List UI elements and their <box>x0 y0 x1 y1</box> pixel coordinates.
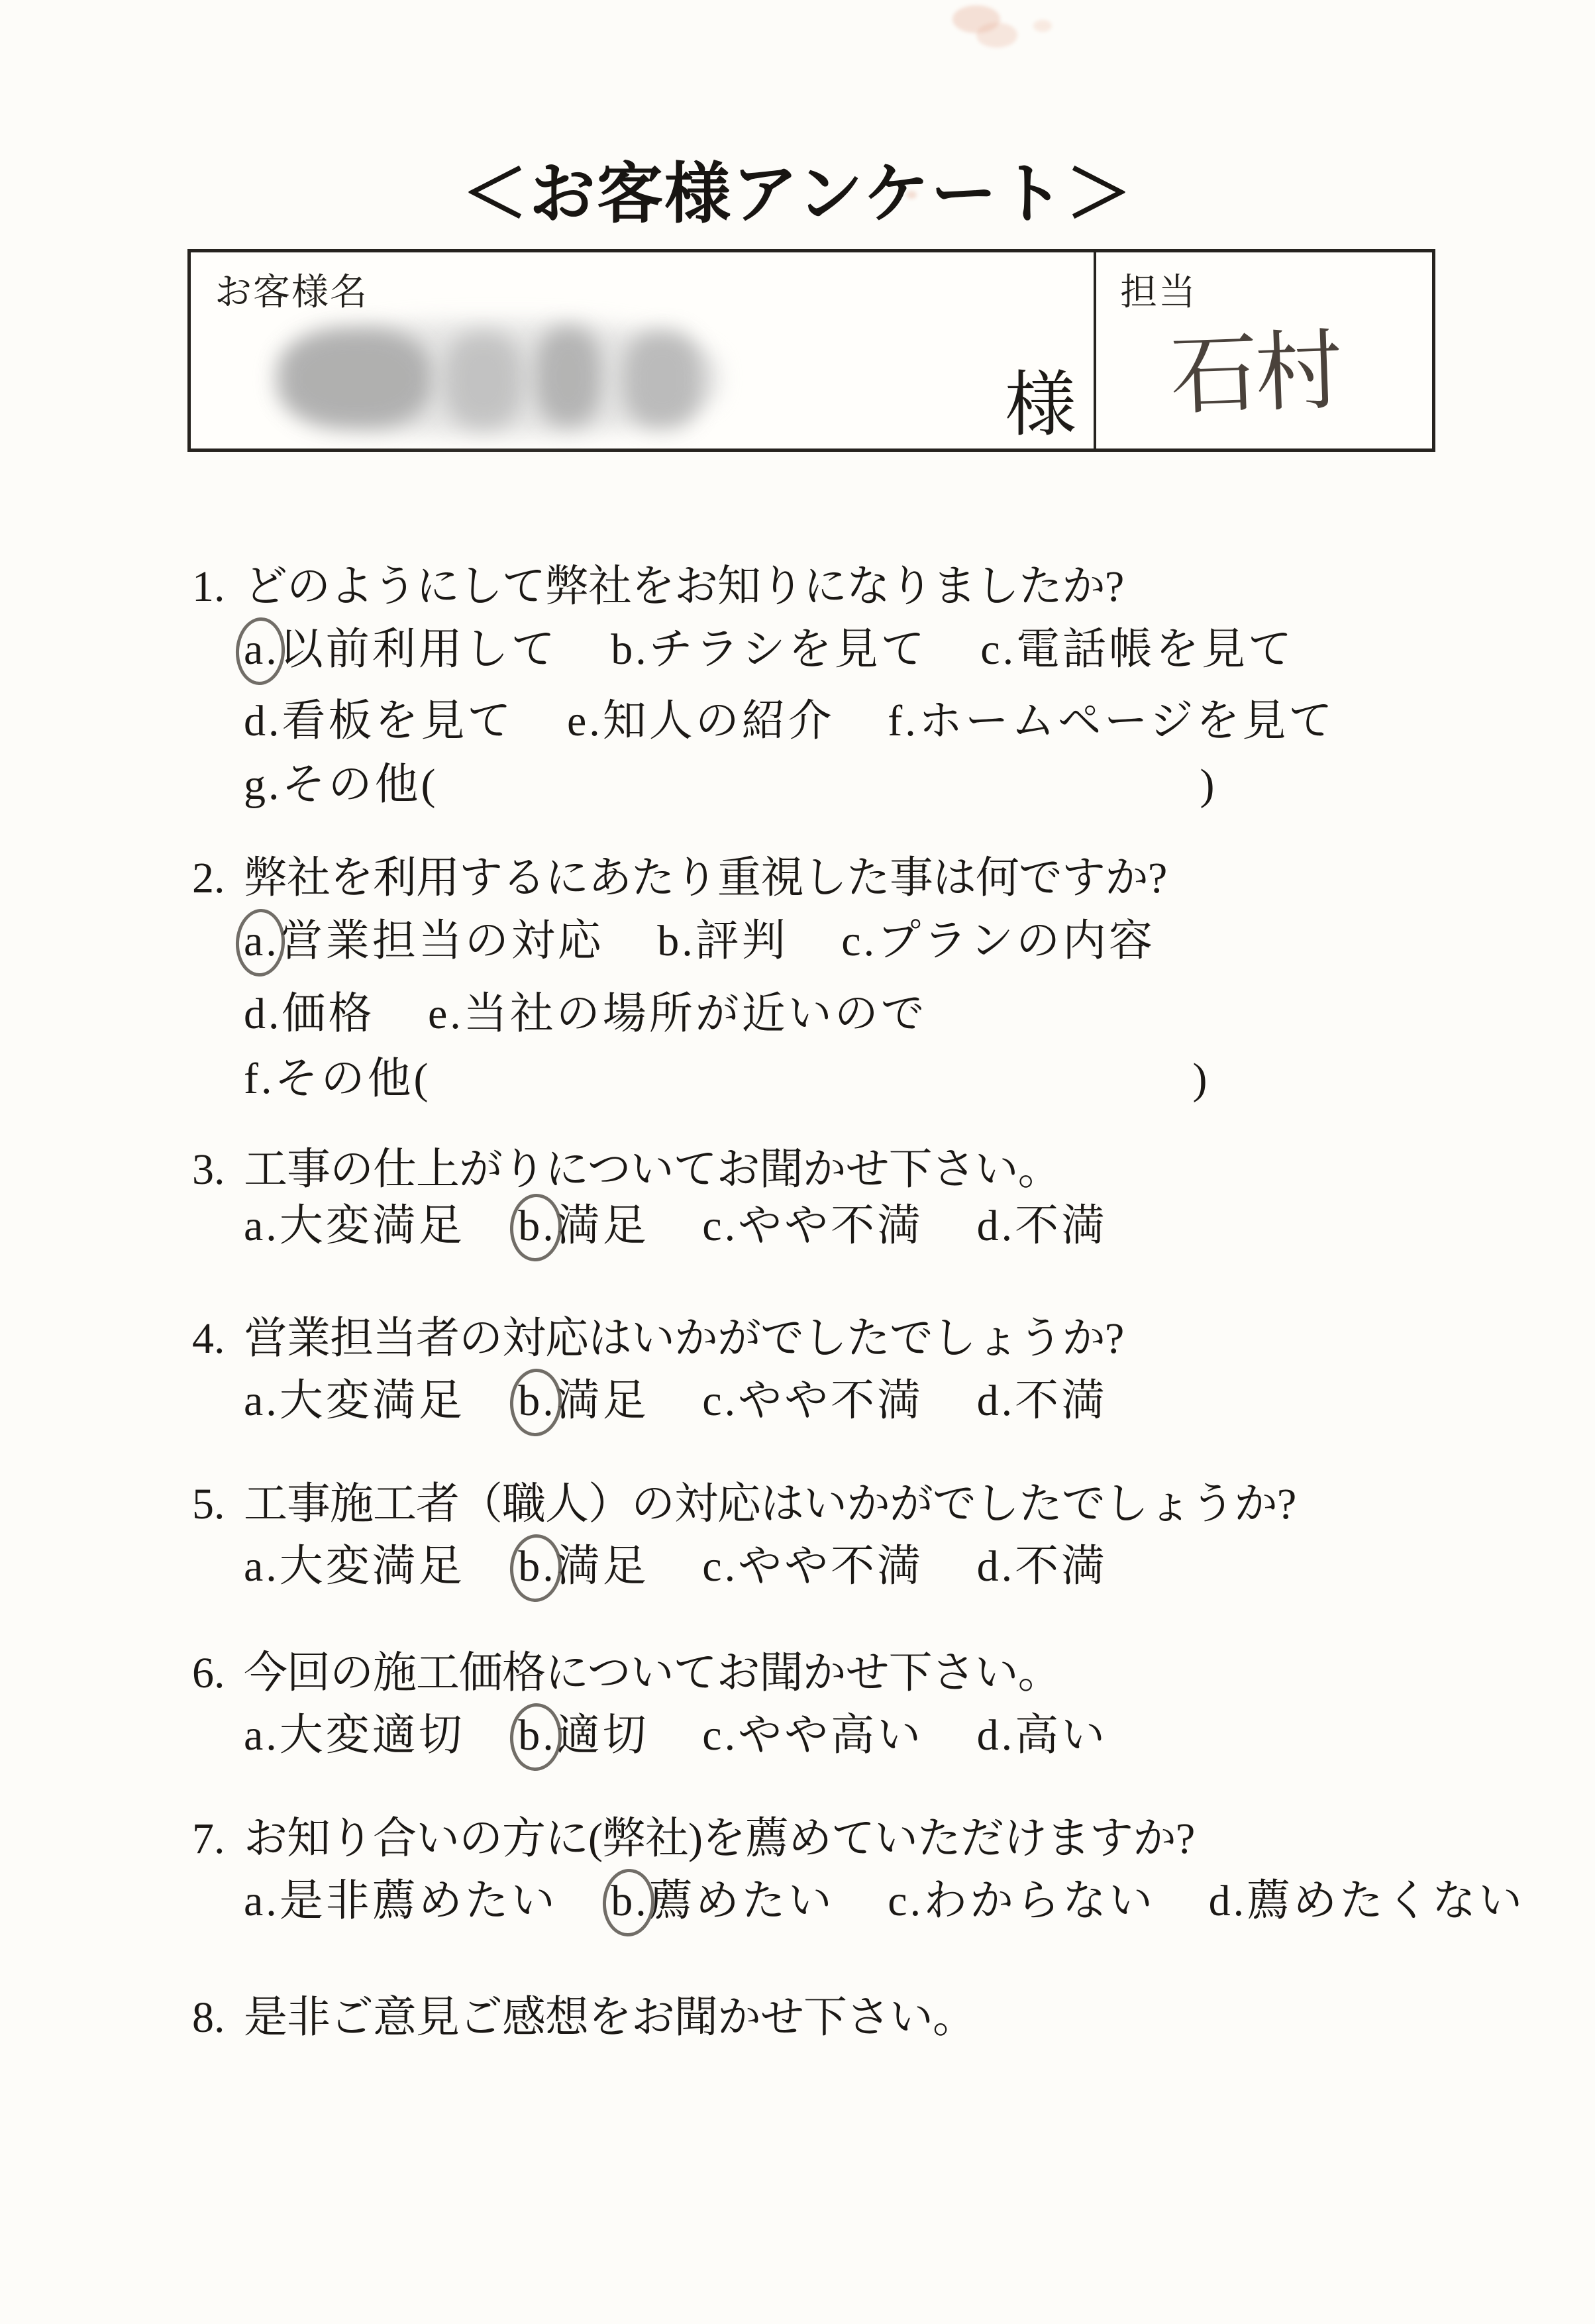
option-2a-letter: a. <box>244 920 280 963</box>
redacted-customer-name <box>535 327 601 426</box>
question-5: 5.工事施工者（職人）の対応はいかがでしたでしょうか? <box>192 1483 1296 1526</box>
question-7-options: a.是非薦めたい b.薦めたい c.わからない d.薦めたくない <box>244 1879 1525 1923</box>
option-6c-label: やや高い <box>738 1711 923 1760</box>
option-4a-label: 大変満足 <box>280 1377 465 1425</box>
option-4c-label: やや不満 <box>738 1377 923 1425</box>
option-2e: e.当社の場所が近いので <box>428 990 927 1038</box>
option-3c-label: やや不満 <box>738 1202 923 1250</box>
question-7-number: 7. <box>192 1817 244 1861</box>
redacted-customer-name <box>444 332 523 429</box>
question-2-options-line-2: d.価格 e.当社の場所が近いので <box>244 992 927 1036</box>
customer-honorific: 様 <box>1005 369 1076 441</box>
option-2f-label: その他( <box>274 1055 431 1103</box>
option-1d: d.看板を見て <box>244 697 514 745</box>
option-5c: c.やや不満 <box>702 1542 923 1591</box>
question-1-options-line-2: d.看板を見て e.知人の紹介 f.ホームページを見て <box>244 700 1335 743</box>
option-1a-letter: a. <box>244 628 280 672</box>
option-2c: c.プランの内容 <box>841 917 1155 965</box>
question-2-text: 弊社を利用するにあたり重視した事は何ですか? <box>244 854 1166 902</box>
option-6b-label: 適切 <box>556 1711 649 1760</box>
page-title: ＜お客様アンケート＞ <box>462 140 1133 236</box>
option-4a: a.大変満足 <box>244 1377 465 1425</box>
option-2c-label: プランの内容 <box>877 917 1155 965</box>
staff-cell: 担当 石村 <box>1096 252 1432 449</box>
option-2b-label: 評判 <box>695 917 788 965</box>
option-4b-label: 満足 <box>556 1377 649 1425</box>
option-7d-label: 薦めたくない <box>1247 1877 1525 1925</box>
option-1a-label: 以前利用して <box>280 625 558 674</box>
option-2a: a.営業担当の対応 <box>244 917 604 965</box>
option-5b: b.満足 <box>518 1542 649 1591</box>
question-5-text: 工事施工者（職人）の対応はいかがでしたでしょうか? <box>244 1480 1296 1528</box>
option-3a-label: 大変満足 <box>280 1202 465 1250</box>
option-5d-label: 不満 <box>1015 1542 1107 1591</box>
question-3-options: a.大変満足 b.満足 c.やや不満 d.不満 <box>244 1204 1107 1248</box>
question-3-number: 3. <box>192 1148 244 1192</box>
option-3a: a.大変満足 <box>244 1202 465 1250</box>
question-1-options-line-3: g.その他() <box>244 763 1217 807</box>
option-1b: b.チラシを見て <box>611 625 927 674</box>
option-3b: b.満足 <box>518 1202 649 1250</box>
option-1f: f.ホームページを見て <box>888 697 1335 745</box>
option-1b-letter: b. <box>611 628 649 672</box>
option-7d: d.薦めたくない <box>1209 1877 1525 1925</box>
option-3c-letter: c. <box>702 1204 738 1248</box>
option-5b-label: 満足 <box>556 1542 649 1591</box>
question-4: 4.営業担当者の対応はいかがでしたでしょうか? <box>192 1317 1123 1361</box>
option-6a: a.大変適切 <box>244 1711 465 1760</box>
option-2f-letter: f. <box>244 1057 274 1101</box>
option-5c-letter: c. <box>702 1545 738 1589</box>
option-1g-label: その他( <box>282 761 438 809</box>
question-3: 3.工事の仕上がりについてお聞かせ下さい。 <box>192 1148 1061 1192</box>
option-3d: d.不満 <box>977 1202 1108 1250</box>
question-1-options-line-1: a.以前利用して b.チラシを見て c.電話帳を見て <box>244 628 1294 672</box>
option-1e: e.知人の紹介 <box>567 697 835 745</box>
question-7-text: お知り合いの方に(弊社)を薦めていただけますか? <box>244 1815 1194 1863</box>
option-4a-letter: a. <box>244 1379 280 1423</box>
option-5a-label: 大変満足 <box>280 1542 465 1591</box>
customer-name-cell: お客様名 様 <box>191 252 1096 449</box>
option-4d-label: 不満 <box>1015 1377 1107 1425</box>
question-7: 7.お知り合いの方に(弊社)を薦めていただけますか? <box>192 1817 1194 1861</box>
option-3d-label: 不満 <box>1015 1202 1107 1250</box>
question-1: 1.どのようにして弊社をお知りになりましたか? <box>192 565 1123 609</box>
question-1-text: どのようにして弊社をお知りになりましたか? <box>244 562 1123 611</box>
scan-artifact <box>906 191 917 199</box>
question-2-number: 2. <box>192 857 244 900</box>
option-2e-label: 当社の場所が近いので <box>464 990 927 1038</box>
option-4d: d.不満 <box>977 1377 1108 1425</box>
option-1e-label: 知人の紹介 <box>603 697 835 745</box>
option-5c-label: やや不満 <box>738 1542 923 1591</box>
option-5d-letter: d. <box>977 1545 1015 1589</box>
staff-label: 担当 <box>1120 263 1197 316</box>
option-7d-letter: d. <box>1209 1879 1247 1923</box>
option-1a: a.以前利用して <box>244 625 558 674</box>
option-2d-letter: d. <box>244 992 282 1036</box>
option-3b-label: 満足 <box>556 1202 649 1250</box>
option-2f: f.その他() <box>244 1055 1209 1103</box>
option-7b: b.薦めたい <box>611 1877 835 1925</box>
question-3-text: 工事の仕上がりについてお聞かせ下さい。 <box>244 1145 1061 1194</box>
option-4c-letter: c. <box>702 1379 738 1423</box>
option-3b-letter: b. <box>518 1204 556 1248</box>
question-5-number: 5. <box>192 1483 244 1526</box>
option-5b-letter: b. <box>518 1545 556 1589</box>
option-2b-letter: b. <box>657 920 695 963</box>
question-6-text: 今回の施工価格についてお聞かせ下さい。 <box>244 1649 1061 1697</box>
question-2-options-line-1: a.営業担当の対応 b.評判 c.プランの内容 <box>244 920 1155 963</box>
option-1d-label: 看板を見て <box>282 697 514 745</box>
option-7a-label: 是非薦めたい <box>280 1877 558 1925</box>
option-5a: a.大変満足 <box>244 1542 465 1591</box>
option-4b: b.満足 <box>518 1377 649 1425</box>
option-6c: c.やや高い <box>702 1711 923 1760</box>
option-2b: b.評判 <box>657 917 788 965</box>
option-3a-letter: a. <box>244 1204 280 1248</box>
option-2d-label: 価格 <box>282 990 375 1038</box>
option-7c: c.わからない <box>888 1877 1155 1925</box>
option-1d-letter: d. <box>244 700 282 743</box>
question-6: 6.今回の施工価格についてお聞かせ下さい。 <box>192 1652 1061 1695</box>
question-4-text: 営業担当者の対応はいかがでしたでしょうか? <box>244 1314 1123 1363</box>
scan-artifact <box>1033 20 1052 32</box>
option-5a-letter: a. <box>244 1545 280 1589</box>
question-5-options: a.大変満足 b.満足 c.やや不満 d.不満 <box>244 1545 1107 1589</box>
option-7b-label: 薦めたい <box>649 1877 835 1925</box>
question-8: 8.是非ご意見ご感想をお聞かせ下さい。 <box>192 1996 976 2040</box>
question-2: 2.弊社を利用するにあたり重視した事は何ですか? <box>192 857 1166 900</box>
option-7a: a.是非薦めたい <box>244 1877 558 1925</box>
option-6a-letter: a. <box>244 1714 280 1758</box>
question-8-number: 8. <box>192 1996 244 2040</box>
option-7b-letter: b. <box>611 1879 649 1923</box>
option-5d: d.不満 <box>977 1542 1108 1591</box>
option-1e-letter: e. <box>567 700 603 743</box>
staff-name-handwritten: 石村 <box>1169 328 1341 421</box>
option-6b: b.適切 <box>518 1711 649 1760</box>
option-1c-letter: c. <box>980 628 1016 672</box>
question-6-number: 6. <box>192 1652 244 1695</box>
option-6b-letter: b. <box>518 1714 556 1758</box>
option-1g-letter: g. <box>244 763 282 807</box>
option-7c-letter: c. <box>888 1879 923 1923</box>
option-6d: d.高い <box>977 1711 1108 1760</box>
option-7a-letter: a. <box>244 1879 280 1923</box>
redacted-customer-name <box>280 328 432 429</box>
option-1g: g.その他() <box>244 761 1217 809</box>
option-3d-letter: d. <box>977 1204 1015 1248</box>
option-6d-label: 高い <box>1015 1711 1107 1760</box>
option-6d-letter: d. <box>977 1714 1015 1758</box>
survey-paper: ＜お客様アンケート＞ お客様名 様 担当 石村 1.どのようにして弊社をお知りに… <box>0 0 1595 2324</box>
scan-artifact <box>976 23 1017 48</box>
option-1b-label: チラシを見て <box>649 625 927 674</box>
question-8-text: 是非ご意見ご感想をお聞かせ下さい。 <box>244 1993 976 2042</box>
question-4-options: a.大変満足 b.満足 c.やや不満 d.不満 <box>244 1379 1107 1423</box>
option-6c-letter: c. <box>702 1714 738 1758</box>
option-3c: c.やや不満 <box>702 1202 923 1250</box>
option-2f-close-paren: ) <box>1192 1055 1209 1103</box>
option-7c-label: わからない <box>923 1877 1155 1925</box>
option-2a-label: 営業担当の対応 <box>280 917 604 965</box>
option-4d-letter: d. <box>977 1379 1015 1423</box>
option-1f-label: ホームページを見て <box>919 697 1335 745</box>
question-2-options-line-3: f.その他() <box>244 1057 1209 1101</box>
question-4-number: 4. <box>192 1317 244 1361</box>
option-1g-close-paren: ) <box>1200 761 1217 809</box>
customer-name-label: お客様名 <box>215 263 368 316</box>
option-1f-letter: f. <box>888 700 918 743</box>
customer-info-box: お客様名 様 担当 石村 <box>187 249 1435 452</box>
option-2e-letter: e. <box>428 992 464 1036</box>
question-1-number: 1. <box>192 565 244 609</box>
option-4b-letter: b. <box>518 1379 556 1423</box>
option-6a-label: 大変適切 <box>280 1711 465 1760</box>
option-2c-letter: c. <box>841 920 877 963</box>
redacted-customer-name <box>623 331 702 429</box>
question-6-options: a.大変適切 b.適切 c.やや高い d.高い <box>244 1714 1107 1758</box>
option-4c: c.やや不満 <box>702 1377 923 1425</box>
option-1c-label: 電話帳を見て <box>1016 625 1294 674</box>
option-1c: c.電話帳を見て <box>980 625 1294 674</box>
option-2d: d.価格 <box>244 990 375 1038</box>
